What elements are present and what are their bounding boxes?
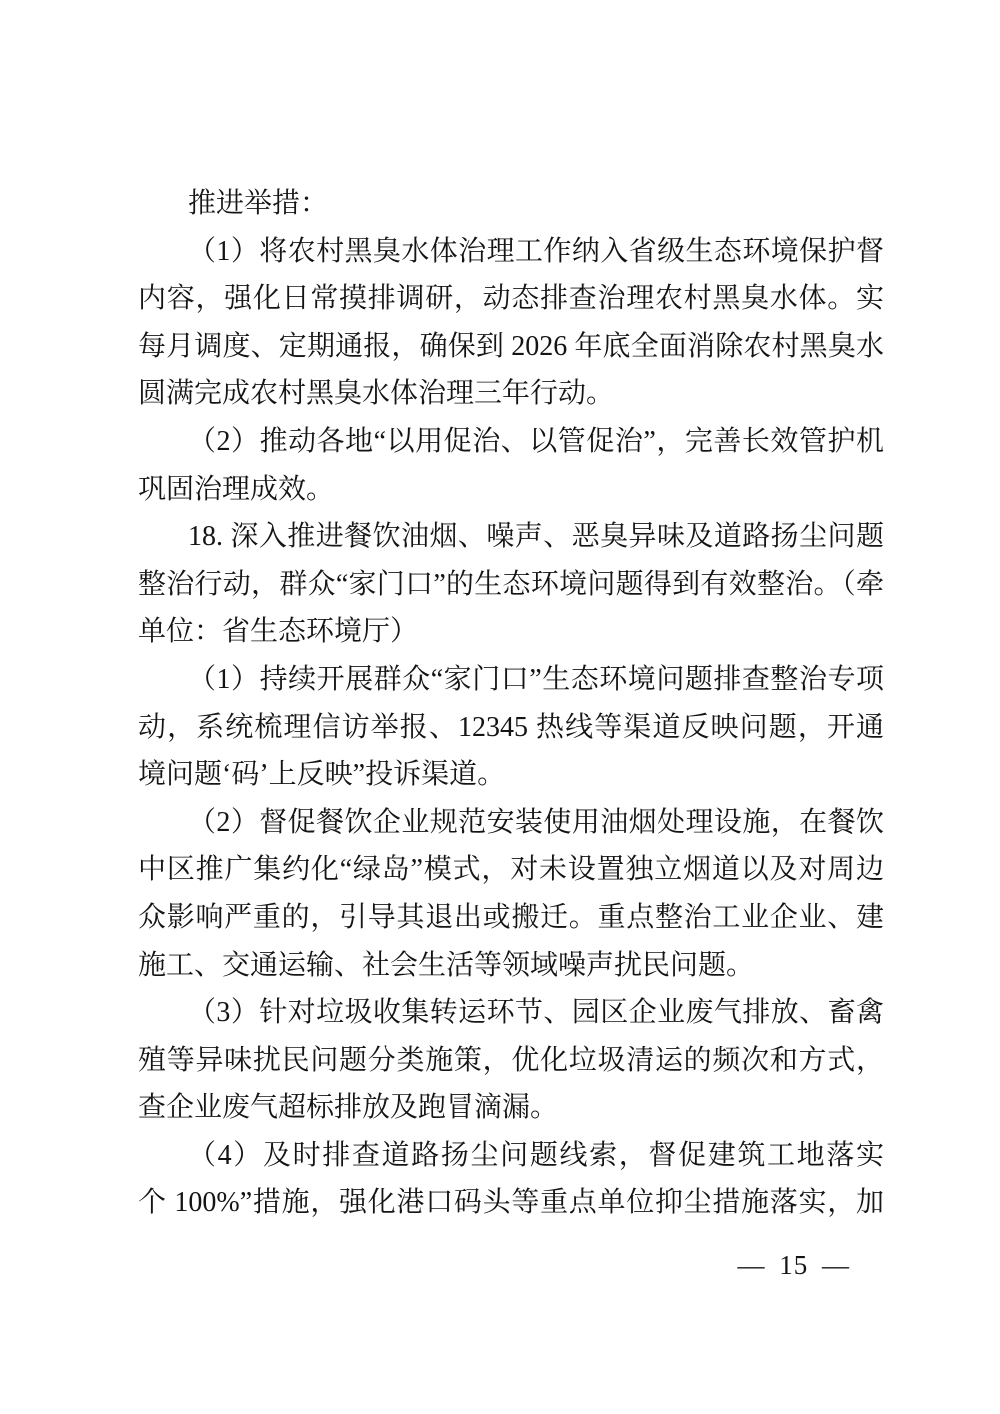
- document-line: 殖等异味扰民问题分类施策，优化垃圾清运的频次和方式，严: [138, 1037, 884, 1085]
- document-line: 境问题‘码’上反映”投诉渠道。: [138, 751, 884, 799]
- document-line: 个 100%”措施，强化港口码头等重点单位抑尘措施落实，加强: [138, 1179, 884, 1227]
- document-line: （2）督促餐饮企业规范安装使用油烟处理设施，在餐饮集: [138, 799, 884, 847]
- document-line: 中区推广集约化“绿岛”模式，对未设置独立烟道以及对周边群: [138, 846, 884, 894]
- document-line: 内容，强化日常摸排调研，动态排查治理农村黑臭水体。实行: [138, 275, 884, 323]
- document-page: 推进举措： （1）将农村黑臭水体治理工作纳入省级生态环境保护督察 内容，强化日常…: [0, 0, 1000, 1414]
- document-line: 18. 深入推进餐饮油烟、噪声、恶臭异味及道路扬尘问题: [138, 513, 884, 561]
- document-line: （3）针对垃圾收集转运环节、园区企业废气排放、畜禽养: [138, 989, 884, 1037]
- document-line: 巩固治理成效。: [138, 466, 884, 514]
- document-line: （4）及时排查道路扬尘问题线索，督促建筑工地落实“六: [138, 1132, 884, 1180]
- document-line: 整治行动，群众“家门口”的生态环境问题得到有效整治。（牵头: [138, 561, 884, 609]
- document-line: 查企业废气超标排放及跑冒滴漏。: [138, 1084, 884, 1132]
- document-line: （1）持续开展群众“家门口”生态环境问题排查整治专项行: [138, 656, 884, 704]
- document-line: 施工、交通运输、社会生活等领域噪声扰民问题。: [138, 942, 884, 990]
- document-line: 圆满完成农村黑臭水体治理三年行动。: [138, 370, 884, 418]
- page-number: — 15 —: [738, 1249, 851, 1281]
- document-line: 众影响严重的，引导其退出或搬迁。重点整治工业企业、建筑: [138, 894, 884, 942]
- document-line: （2）推动各地“以用促治、以管促治”，完善长效管护机制，: [138, 418, 884, 466]
- document-line: 推进举措：: [138, 180, 884, 228]
- document-line: 单位：省生态环境厅）: [138, 608, 884, 656]
- document-line: （1）将农村黑臭水体治理工作纳入省级生态环境保护督察: [138, 228, 884, 276]
- document-body: 推进举措： （1）将农村黑臭水体治理工作纳入省级生态环境保护督察 内容，强化日常…: [138, 180, 884, 1227]
- document-line: 每月调度、定期通报，确保到 2026 年底全面消除农村黑臭水体，: [138, 323, 884, 371]
- document-line: 动，系统梳理信访举报、12345 热线等渠道反映问题，开通“环: [138, 704, 884, 752]
